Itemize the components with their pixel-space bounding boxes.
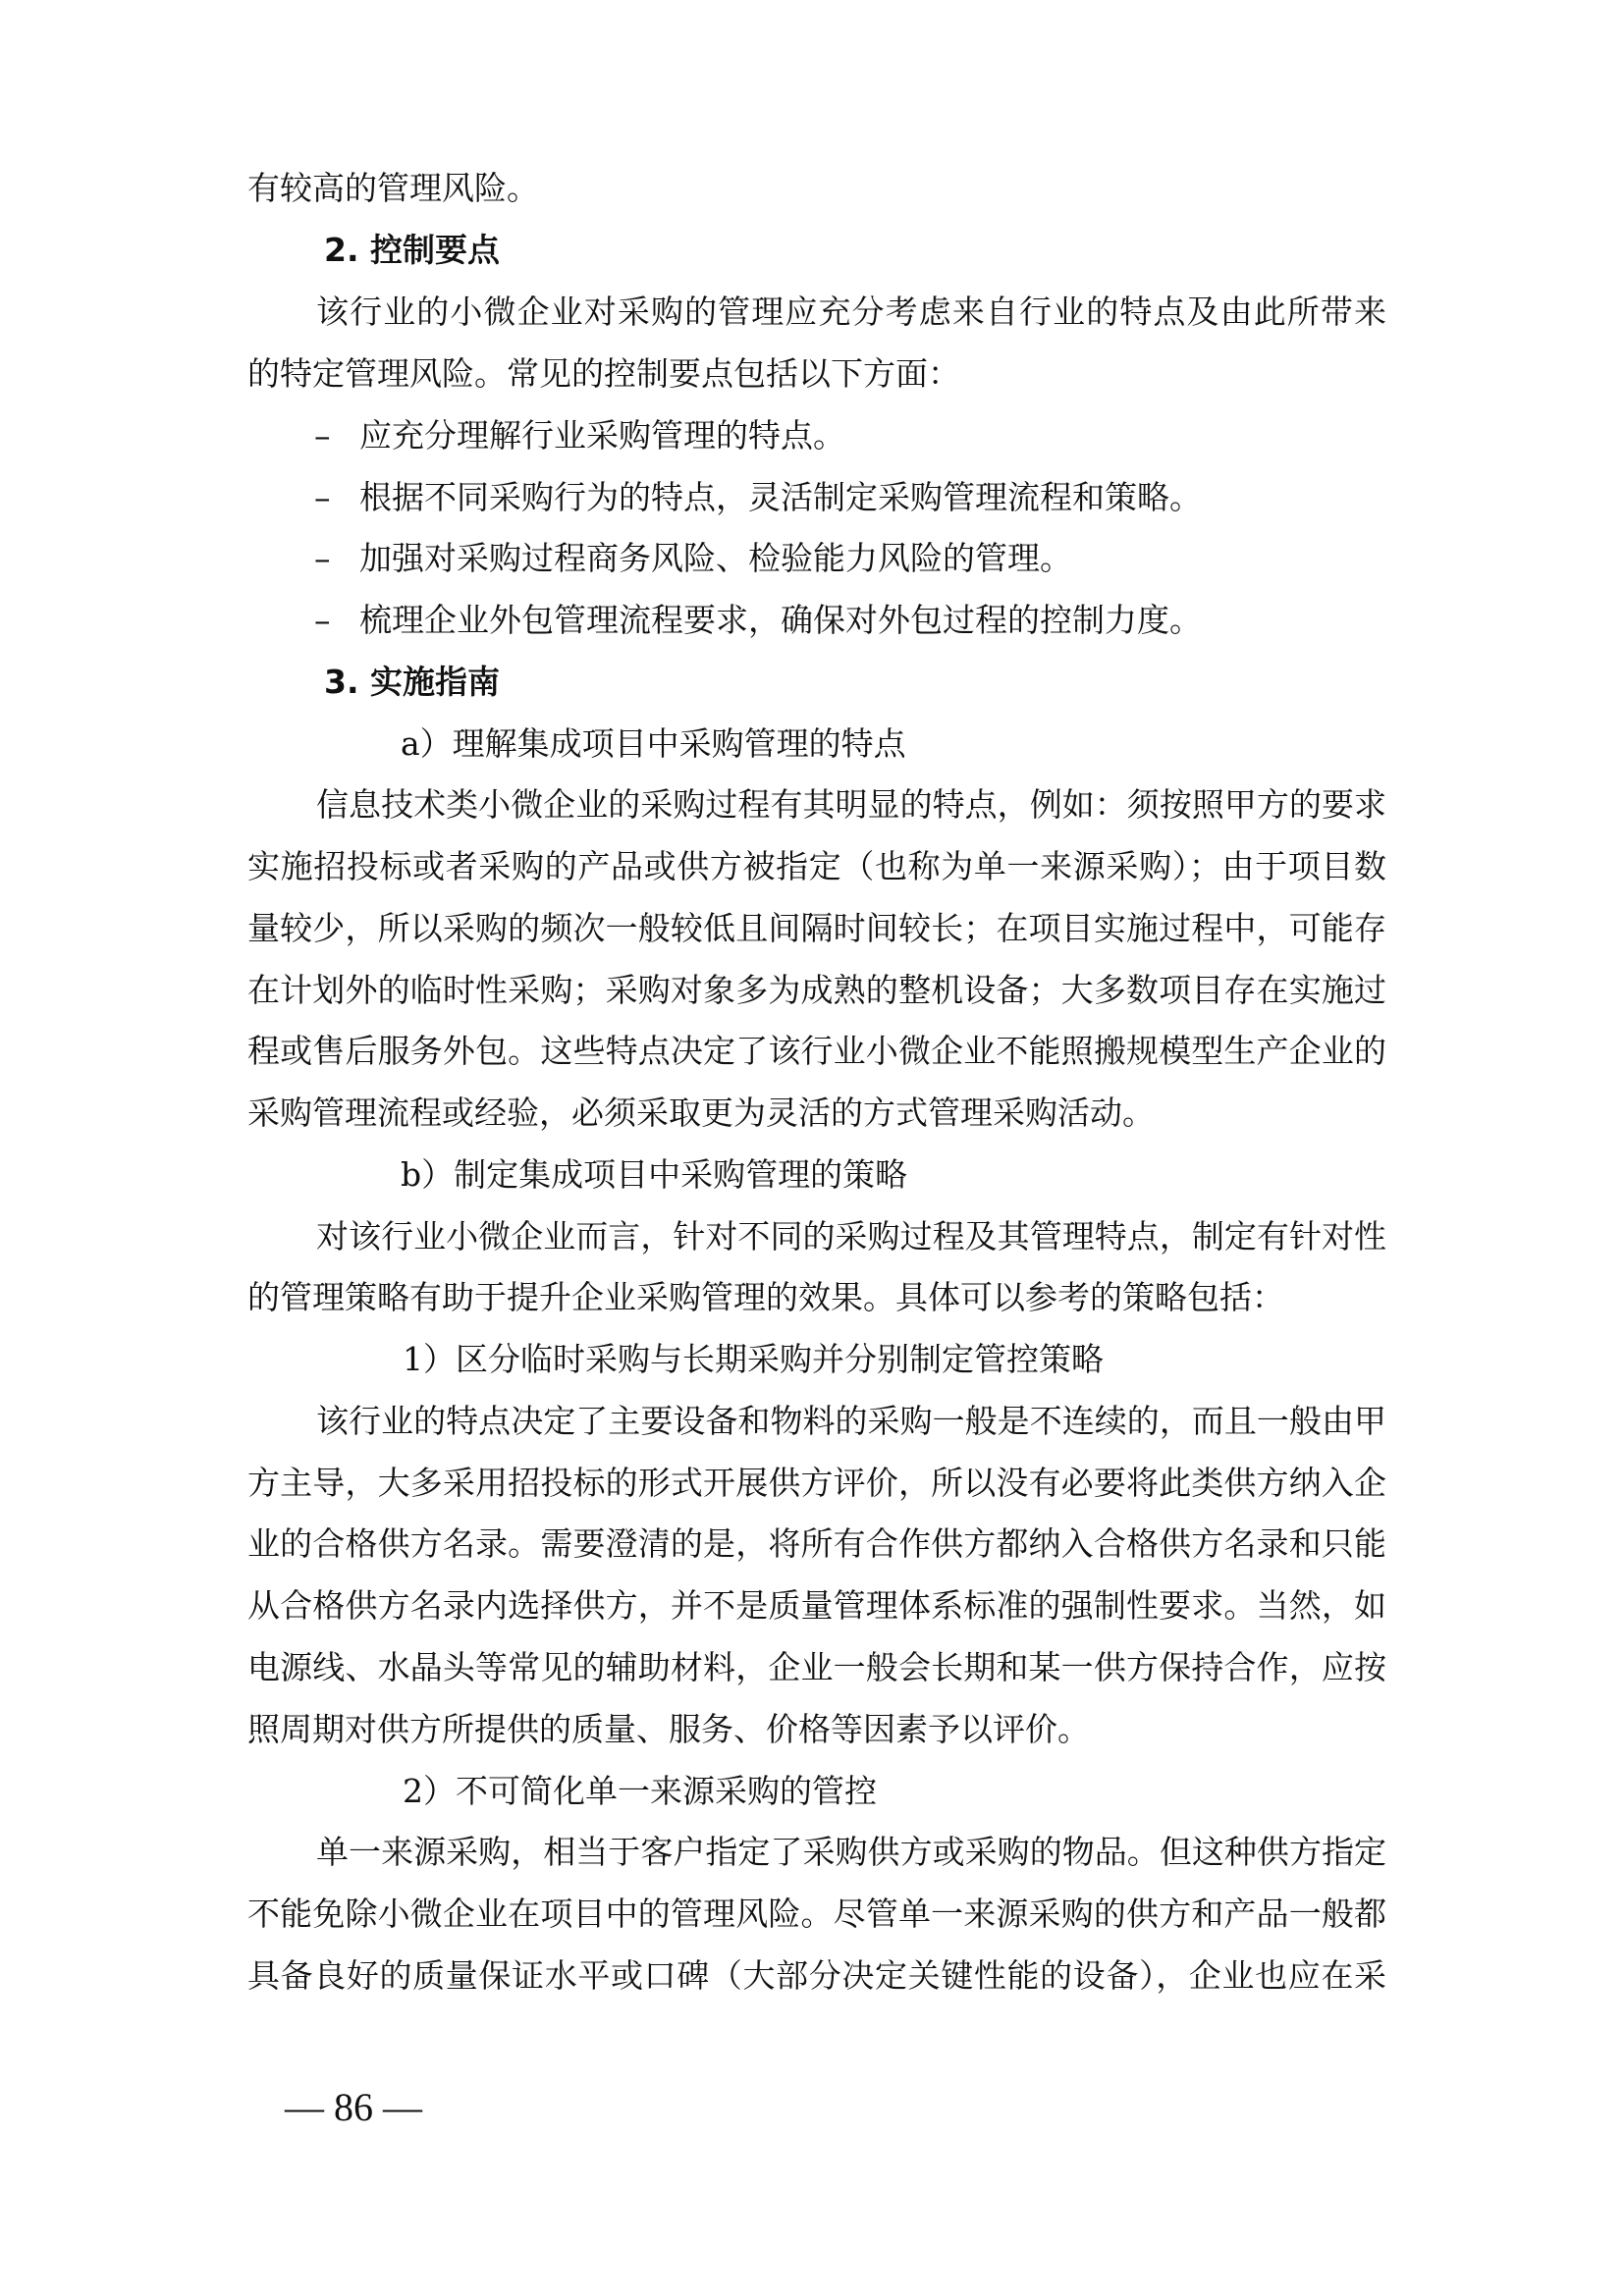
paragraph-line: 该行业的小微企业对采购的管理应充分考虑来自行业的特点及由此所带来	[316, 293, 1386, 332]
subsection-heading: a）理解集成项目中采购管理的特点	[401, 724, 906, 764]
page-number: — 86 —	[285, 2085, 422, 2130]
paragraph-line: 有较高的管理风险。	[247, 169, 1386, 208]
bullet-dash-icon: –	[314, 601, 331, 640]
paragraph-line: 该行业的特点决定了主要设备和物料的采购一般是不连续的，而且一般由甲	[316, 1402, 1386, 1441]
bullet-dash-icon: –	[314, 416, 331, 455]
section-heading: 3. 实施指南	[324, 663, 1463, 702]
subsection-heading: 1）区分临时采购与长期采购并分别制定管控策略	[403, 1340, 1104, 1379]
paragraph-line: 业的合格供方名录。需要澄清的是，将所有合作供方都纳入合格供方名录和只能	[247, 1524, 1386, 1564]
bullet-dash-icon: –	[314, 539, 331, 578]
paragraph-line: 实施招投标或者采购的产品或供方被指定（也称为单一来源采购）；由于项目数	[247, 847, 1386, 886]
paragraph-line: 不能免除小微企业在项目中的管理风险。尽管单一来源采购的供方和产品一般都	[247, 1895, 1386, 1934]
section-heading: 2. 控制要点	[324, 231, 1463, 270]
paragraph-line: 从合格供方名录内选择供方，并不是质量管理体系标准的强制性要求。当然，如	[247, 1586, 1386, 1626]
paragraph-line: 的特定管理风险。常见的控制要点包括以下方面：	[247, 354, 1386, 394]
bullet-item: 加强对采购过程商务风险、检验能力风险的管理。	[359, 539, 1072, 578]
subsection-heading: b）制定集成项目中采购管理的策略	[401, 1155, 907, 1195]
subsection-heading: 2）不可简化单一来源采购的管控	[403, 1772, 877, 1811]
bullet-item: 应充分理解行业采购管理的特点。	[359, 416, 845, 455]
bullet-item: 梳理企业外包管理流程要求，确保对外包过程的控制力度。	[359, 601, 1202, 640]
paragraph-line: 照周期对供方所提供的质量、服务、价格等因素予以评价。	[247, 1710, 1386, 1749]
paragraph-line: 在计划外的临时性采购；采购对象多为成熟的整机设备；大多数项目存在实施过	[247, 971, 1386, 1010]
paragraph-line: 具备良好的质量保证水平或口碑（大部分决定关键性能的设备），企业也应在采	[247, 1956, 1386, 1996]
paragraph-line: 采购管理流程或经验，必须采取更为灵活的方式管理采购活动。	[247, 1094, 1386, 1133]
paragraph-line: 方主导，大多采用招投标的形式开展供方评价，所以没有必要将此类供方纳入企	[247, 1464, 1386, 1503]
bullet-dash-icon: –	[314, 478, 331, 517]
paragraph-line: 电源线、水晶头等常见的辅助材料，企业一般会长期和某一供方保持合作，应按	[247, 1648, 1386, 1687]
bullet-item: 根据不同采购行为的特点，灵活制定采购管理流程和策略。	[359, 478, 1202, 517]
paragraph-line: 对该行业小微企业而言，针对不同的采购过程及其管理特点，制定有针对性	[316, 1217, 1386, 1256]
paragraph-line: 程或售后服务外包。这些特点决定了该行业小微企业不能照搬规模型生产企业的	[247, 1032, 1386, 1071]
paragraph-line: 单一来源采购，相当于客户指定了采购供方或采购的物品。但这种供方指定	[316, 1833, 1386, 1872]
paragraph-line: 量较少，所以采购的频次一般较低且间隔时间较长；在项目实施过程中，可能存	[247, 909, 1386, 948]
paragraph-line: 的管理策略有助于提升企业采购管理的效果。具体可以参考的策略包括：	[247, 1278, 1386, 1317]
paragraph-line: 信息技术类小微企业的采购过程有其明显的特点，例如：须按照甲方的要求	[316, 785, 1386, 825]
